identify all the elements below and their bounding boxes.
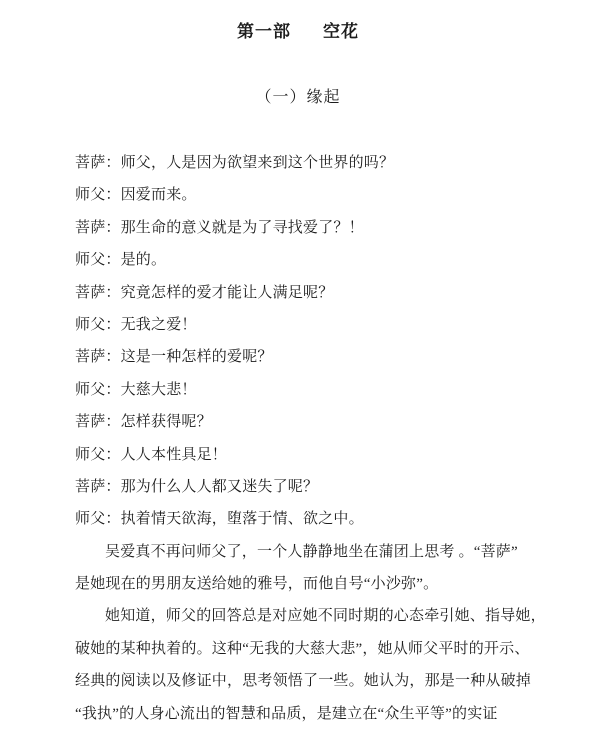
paragraph-line: “我执”的人身心流出的智慧和品质，是建立在“众生平等”的实证 [75, 698, 556, 730]
dialogue-line: 菩萨：这是一种怎样的爱呢？ [75, 341, 556, 373]
dialogue-line: 师父：大慈大悲！ [75, 374, 556, 406]
dialogue-line: 师父：人人本性具足！ [75, 439, 556, 471]
paragraph-line: 破她的某种执着的。这种“无我的大慈大悲”，她从师父平时的开示、 [75, 633, 556, 665]
dialogue-line: 菩萨：那为什么人人都又迷失了呢？ [75, 471, 556, 503]
paragraph-line: 经典的阅读以及修证中，思考领悟了一些。她认为，那是一种从破掉 [75, 665, 556, 697]
dialogue-line: 菩萨：究竟怎样的爱才能让人满足呢？ [75, 277, 556, 309]
dialogue-line: 师父：因爱而来。 [75, 179, 556, 211]
document-title-name: 空花 [323, 22, 359, 41]
dialogue-line: 菩萨：那生命的意义就是为了寻找爱了？！ [75, 212, 556, 244]
dialogue-line: 师父：执着情天欲海，堕落于情、欲之中。 [75, 503, 556, 535]
paragraph-line: 她知道，师父的回答总是对应她不同时期的心态牵引她、指导她， [75, 600, 556, 632]
paragraph-line: 是她现在的男朋友送给她的雅号，而他自号“小沙弥”。 [75, 568, 556, 600]
dialogue-line: 师父：是的。 [75, 244, 556, 276]
document-title: 第一部空花 [0, 0, 596, 42]
dialogue-line: 菩萨：师父，人是因为欲望来到这个世界的吗？ [75, 147, 556, 179]
dialogue-line: 师父：无我之爱！ [75, 309, 556, 341]
document-body: 菩萨：师父，人是因为欲望来到这个世界的吗？ 师父：因爱而来。 菩萨：那生命的意义… [0, 147, 596, 730]
paragraph-line: 吴爱真不再问师父了，一个人静静地坐在蒲团上思考 。“菩萨” [75, 536, 556, 568]
dialogue-line: 菩萨：怎样获得呢？ [75, 406, 556, 438]
document-page: 第一部空花 （一）缘起 菩萨：师父，人是因为欲望来到这个世界的吗？ 师父：因爱而… [0, 0, 596, 740]
document-title-part: 第一部 [237, 22, 291, 41]
section-heading: （一）缘起 [0, 88, 596, 108]
